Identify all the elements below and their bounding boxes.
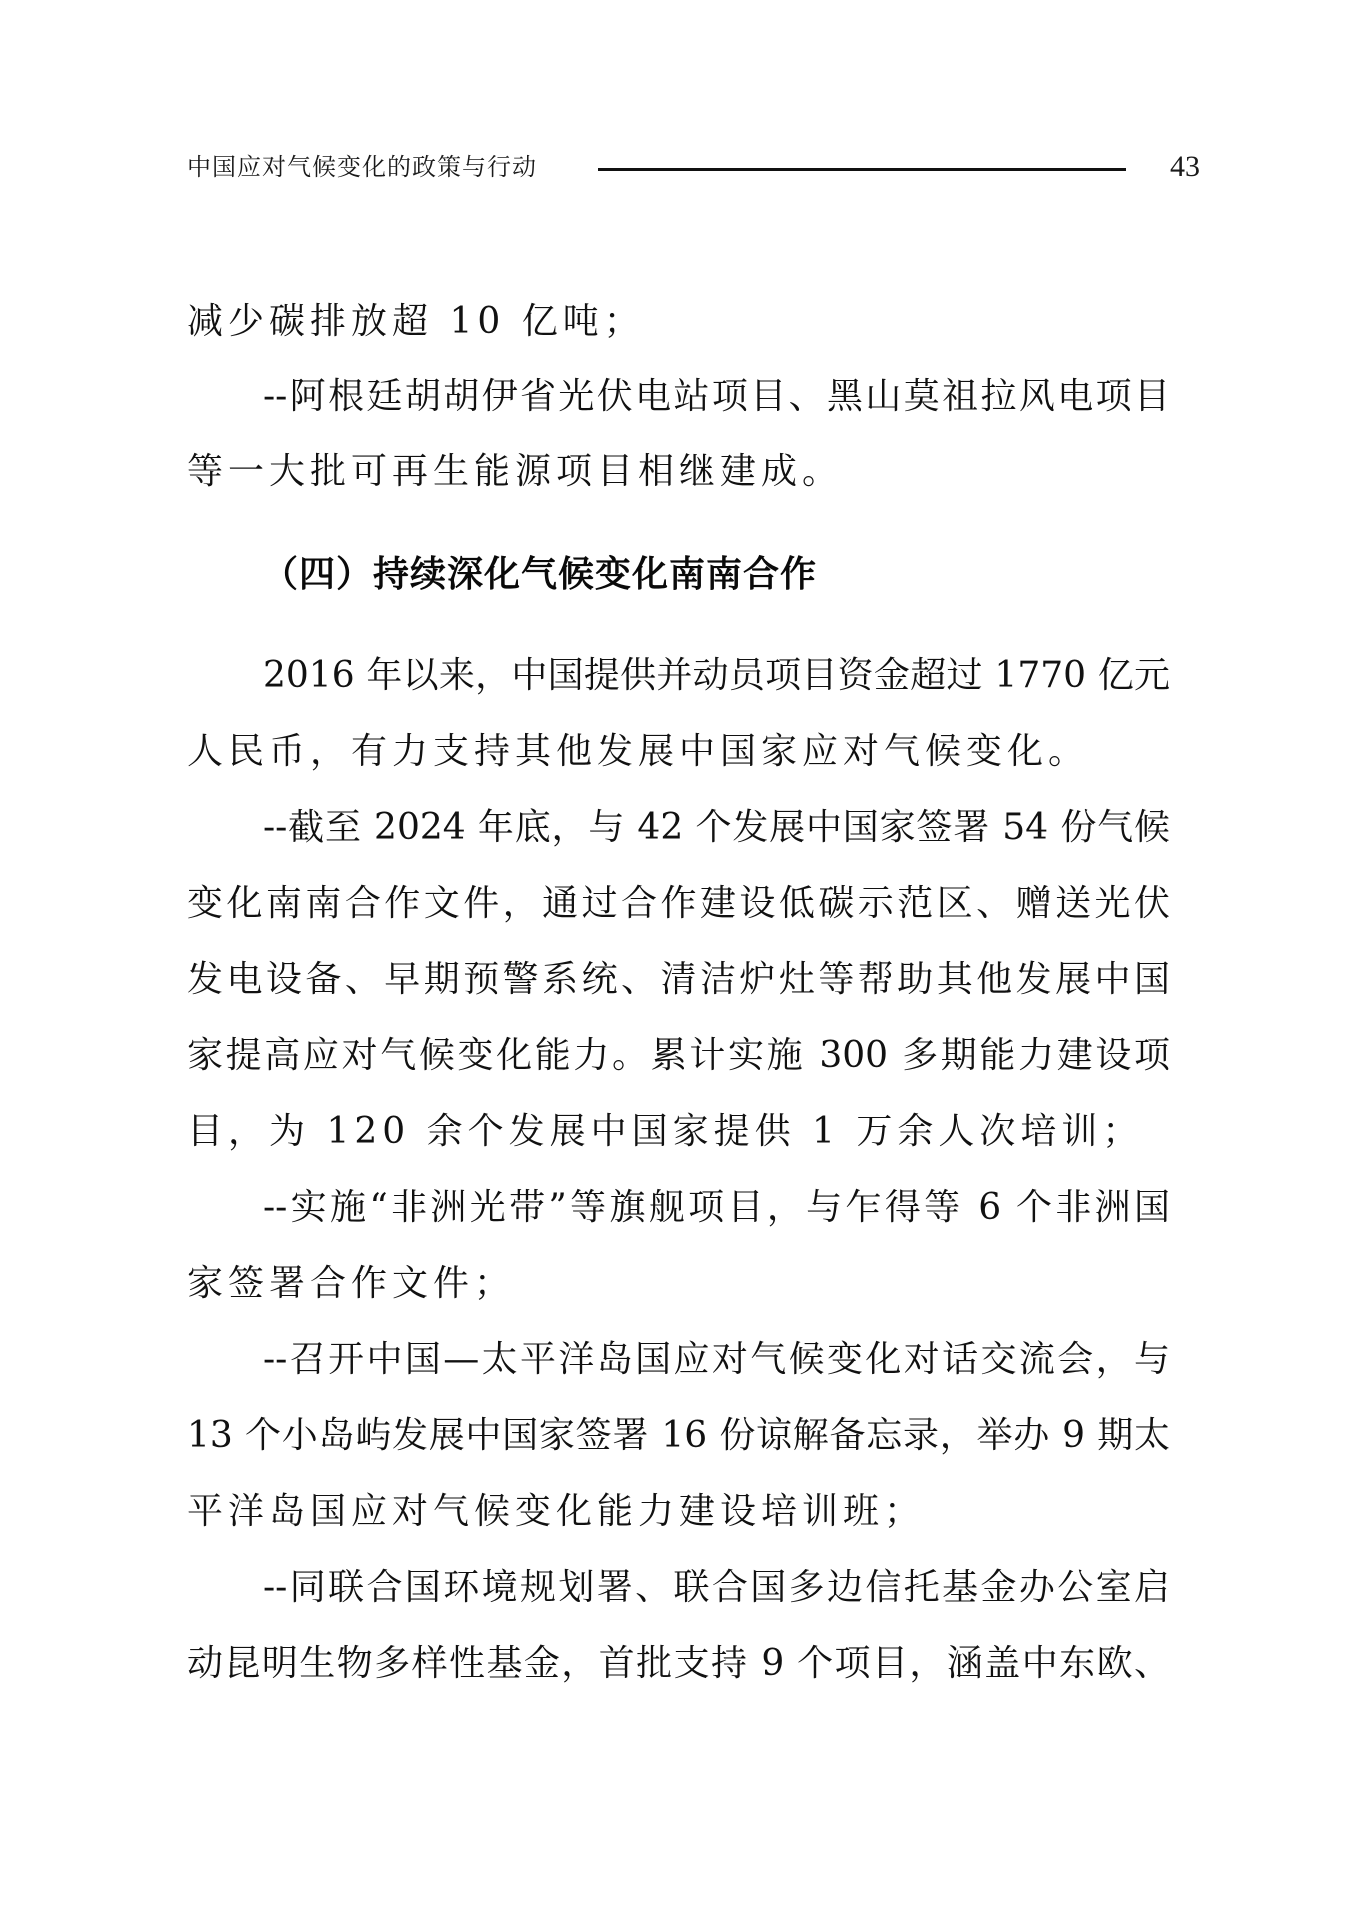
running-header: 中国应对气候变化的政策与行动 43 xyxy=(187,150,1207,184)
paragraph-line: --实施“非洲光带”等旗舰项目，与乍得等 6 个非洲国 xyxy=(263,1183,1170,1233)
paragraph-line: 变化南南合作文件，通过合作建设低碳示范区、赠送光伏 xyxy=(187,879,1170,929)
paragraph-line: 发电设备、早期预警系统、清洁炉灶等帮助其他发展中国 xyxy=(187,955,1170,1005)
header-title: 中国应对气候变化的政策与行动 xyxy=(187,150,537,184)
paragraph-line: 13 个小岛屿发展中国家签署 16 份谅解备忘录，举办 9 期太 xyxy=(187,1411,1170,1461)
paragraph-line: --阿根廷胡胡伊省光伏电站项目、黑山莫祖拉风电项目 xyxy=(263,372,1170,422)
paragraph-line: --截至 2024 年底，与 42 个发展中国家签署 54 份气候 xyxy=(263,803,1170,853)
document-page: 中国应对气候变化的政策与行动 43 减少碳排放超 10 亿吨； --阿根廷胡胡伊… xyxy=(0,0,1359,1920)
paragraph-line: 人民币，有力支持其他发展中国家应对气候变化。 xyxy=(187,727,1170,777)
paragraph-line: 动昆明生物多样性基金，首批支持 9 个项目，涵盖中东欧、 xyxy=(187,1639,1170,1689)
paragraph-line: 目，为 120 余个发展中国家提供 1 万余人次培训； xyxy=(187,1107,1170,1157)
section-heading: （四）持续深化气候变化南南合作 xyxy=(262,550,817,600)
paragraph-line: 平洋岛国应对气候变化能力建设培训班； xyxy=(187,1487,1170,1537)
paragraph-line: 家签署合作文件； xyxy=(187,1259,1170,1309)
paragraph-line: --召开中国—太平洋岛国应对气候变化对话交流会，与 xyxy=(263,1335,1170,1385)
paragraph-line: 减少碳排放超 10 亿吨； xyxy=(187,297,1170,347)
paragraph-line: 等一大批可再生能源项目相继建成。 xyxy=(187,447,1170,497)
paragraph-line: 家提高应对气候变化能力。累计实施 300 多期能力建设项 xyxy=(187,1031,1170,1081)
paragraph-line: --同联合国环境规划署、联合国多边信托基金办公室启 xyxy=(263,1563,1170,1613)
header-rule xyxy=(598,168,1126,171)
page-number: 43 xyxy=(1170,150,1200,184)
paragraph-line: 2016 年以来，中国提供并动员项目资金超过 1770 亿元 xyxy=(263,651,1170,701)
